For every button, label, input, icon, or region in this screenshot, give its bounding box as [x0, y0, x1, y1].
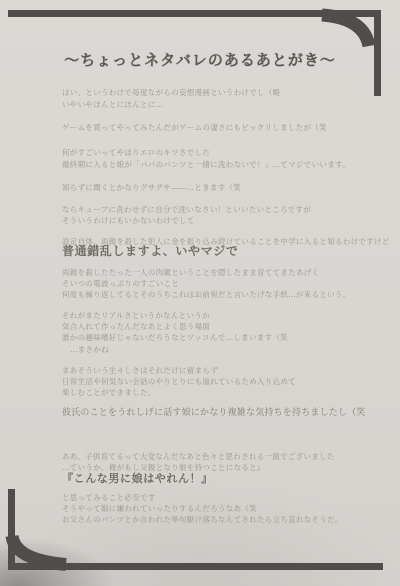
body-line: そういうわけにもいかないわけでして — [62, 216, 392, 226]
body-line: 何度も繰り返してるとそのうちこれはお前宛だと言いたげな手紙…が来るという。 — [62, 290, 392, 300]
body-line: 誰かの趣味嗜好じゃないだろうなとツッコんで…しまいます（笑 — [62, 333, 392, 343]
body-line: ああ、子供育てるって大変なんだなあと色々と思わされる一面でございました — [62, 452, 392, 462]
body-line: まあそういう生々しさはそれだけに留まらず — [62, 366, 392, 376]
body-line: 両親を殺したたった一人の肉親ということを隠したまま育ててきたあげく — [62, 268, 392, 278]
body-line: そうやって娘に嫌われていったりするんだろうなあ（笑 — [62, 504, 392, 514]
body-line: 知らずに聞くとかなりグサグサ——…ときます（笑 — [62, 183, 392, 193]
body-line: 気合入れて作ったんだなあとよく思う場面 — [62, 322, 392, 332]
body-line: …まさかね — [70, 345, 400, 355]
body-line-emphasis: 普通錯乱しますよ、いやマジで — [62, 246, 392, 256]
body-line: 最終期に入ると娘が「パパのパンツと一緒に洗わないで！」…てマジでいいます。 — [62, 160, 392, 170]
body-line: そいつの電波っぷりのすごいこと — [62, 279, 392, 289]
body-line: ならキューブに洗わせずに自分で洗いなさい！といいたいところですが — [62, 205, 392, 215]
body-line-emphasis: 彼氏のことをうれしげに話す娘にかなり複雑な気持ちを持ちましたし（笑 — [62, 408, 392, 418]
body-line: と思ってみること必至です — [62, 493, 392, 503]
body-line: ゲームを買ってやってみたんだがゲームの凄さにもビックリしましたが（笑 — [62, 123, 392, 133]
body-line: それがまたリアルさというかなんというか — [62, 311, 392, 321]
body-line: お父さんのパンツとか言われた挙句駆け落ちなんてされたら立ち直れなそうだ。 — [62, 515, 392, 525]
body-line-emphasis: 『こんな男に娘はやれん！』 — [62, 474, 392, 484]
body-line: はい、というわけで毎度ながらの妄想漫画というわけでし（略 — [62, 88, 392, 98]
body-line: 日常生活や何気ない会話のやりとりにも溢れているため入り込めて — [62, 377, 392, 387]
afterword-page: 〜ちょっとネタバレのあるあとがき〜 はい、というわけで毎度ながらの妄想漫画という… — [0, 0, 400, 586]
body-line: 楽しむことができました。 — [62, 388, 392, 398]
page-title: 〜ちょっとネタバレのあるあとがき〜 — [0, 49, 400, 70]
body-line: いやいやほんとにほんとに… — [62, 100, 392, 110]
body-line: 何がすごいってやはりエロのキツさでした — [62, 148, 392, 158]
